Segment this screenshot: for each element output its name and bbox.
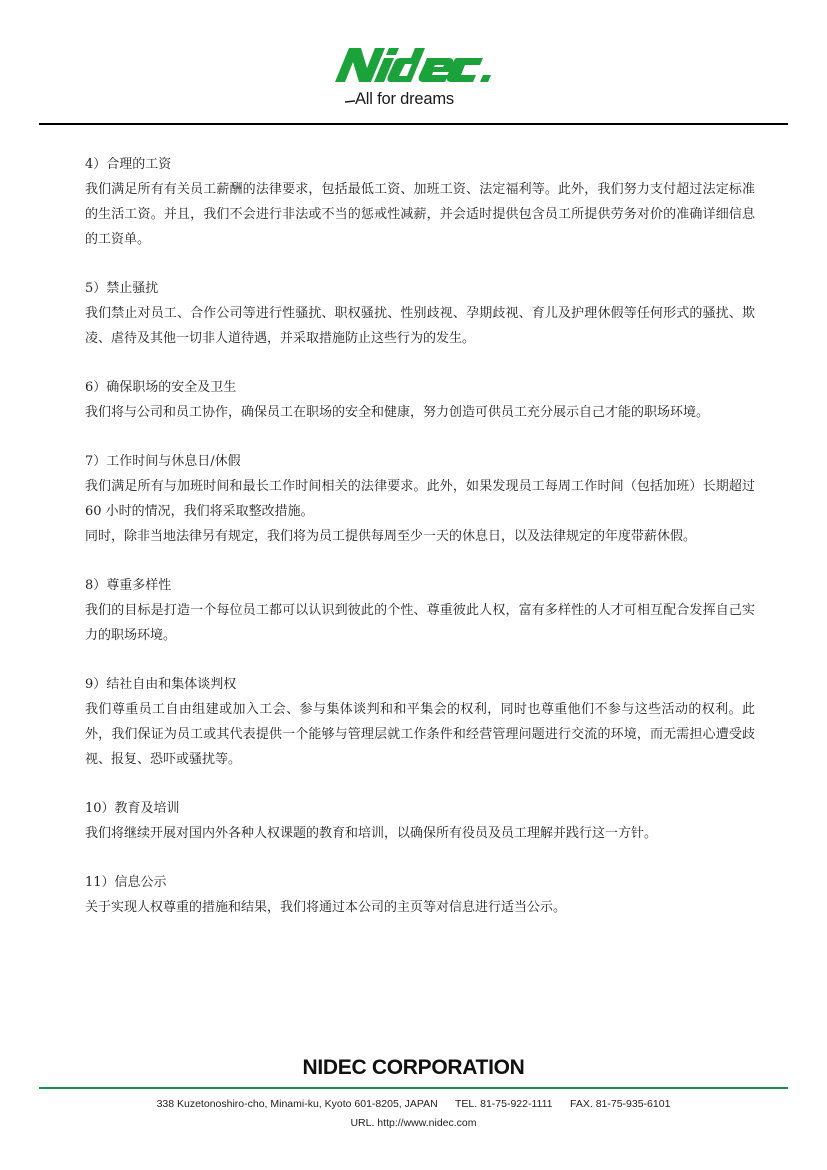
footer-address: 338 Kuzetonoshiro-cho, Minami-ku, Kyoto … — [157, 1098, 438, 1110]
section-title: 4）合理的工资 — [85, 152, 755, 177]
document-body: 4）合理的工资 我们满足所有有关员工薪酬的法律要求，包括最低工资、加班工资、法定… — [85, 152, 755, 944]
nidec-logo: All for dreams — [333, 44, 493, 114]
section-harassment: 5）禁止骚扰 我们禁止对员工、合作公司等进行性骚扰、职权骚扰、性别歧视、孕期歧视… — [85, 276, 755, 351]
section-title: 5）禁止骚扰 — [85, 276, 755, 301]
tagline: All for dreams — [345, 90, 454, 109]
section-title: 9）结社自由和集体谈判权 — [85, 672, 755, 697]
document-page: All for dreams 4）合理的工资 我们满足所有有关员工薪酬的法律要求… — [0, 0, 827, 1170]
section-diversity: 8）尊重多样性 我们的目标是打造一个每位员工都可以认识到彼此的个性、尊重彼此人权… — [85, 573, 755, 648]
footer-divider — [39, 1087, 788, 1089]
footer-fax: FAX. 81-75-935-6101 — [570, 1098, 670, 1110]
section-paragraph: 我们禁止对员工、合作公司等进行性骚扰、职权骚扰、性别歧视、孕期歧视、育儿及护理休… — [85, 301, 755, 351]
footer-tel: TEL. 81-75-922-1111 — [455, 1098, 552, 1110]
section-disclosure: 11）信息公示 关于实现人权尊重的措施和结果，我们将通过本公司的主页等对信息进行… — [85, 870, 755, 920]
section-title: 11）信息公示 — [85, 870, 755, 895]
section-fair-wages: 4）合理的工资 我们满足所有有关员工薪酬的法律要求，包括最低工资、加班工资、法定… — [85, 152, 755, 252]
tagline-text: All for dreams — [355, 90, 454, 108]
section-safety: 6）确保职场的安全及卫生 我们将与公司和员工协作，确保员工在职场的安全和健康，努… — [85, 375, 755, 425]
section-title: 10）教育及培训 — [85, 796, 755, 821]
section-paragraph: 关于实现人权尊重的措施和结果，我们将通过本公司的主页等对信息进行适当公示。 — [85, 895, 755, 920]
footer-company-name: NIDEC CORPORATION — [0, 1056, 827, 1080]
section-paragraph: 同时，除非当地法律另有规定，我们将为员工提供每周至少一天的休息日，以及法律规定的… — [85, 524, 755, 549]
header-divider — [39, 123, 788, 125]
section-working-hours: 7）工作时间与休息日/休假 我们满足所有与加班时间和最长工作时间相关的法律要求。… — [85, 449, 755, 549]
dash-arrow-icon — [345, 92, 355, 106]
section-paragraph: 我们将与公司和员工协作，确保员工在职场的安全和健康，努力创造可供员工充分展示自己… — [85, 400, 755, 425]
section-title: 7）工作时间与休息日/休假 — [85, 449, 755, 474]
section-training: 10）教育及培训 我们将继续开展对国内外各种人权课题的教育和培训，以确保所有役员… — [85, 796, 755, 846]
section-paragraph: 我们尊重员工自由组建或加入工会、参与集体谈判和和平集会的权利，同时也尊重他们不参… — [85, 697, 755, 772]
section-title: 8）尊重多样性 — [85, 573, 755, 598]
footer-url[interactable]: URL. http://www.nidec.com — [0, 1117, 827, 1129]
section-paragraph: 我们满足所有与加班时间和最长工作时间相关的法律要求。此外，如果发现员工每周工作时… — [85, 474, 755, 524]
section-association: 9）结社自由和集体谈判权 我们尊重员工自由组建或加入工会、参与集体谈判和和平集会… — [85, 672, 755, 772]
section-title: 6）确保职场的安全及卫生 — [85, 375, 755, 400]
nidec-wordmark-icon — [333, 44, 493, 86]
section-paragraph: 我们将继续开展对国内外各种人权课题的教育和培训，以确保所有役员及员工理解并践行这… — [85, 821, 755, 846]
section-paragraph: 我们的目标是打造一个每位员工都可以认识到彼此的个性、尊重彼此人权，富有多样性的人… — [85, 598, 755, 648]
footer-contact: 338 Kuzetonoshiro-cho, Minami-ku, Kyoto … — [0, 1098, 827, 1110]
section-paragraph: 我们满足所有有关员工薪酬的法律要求，包括最低工资、加班工资、法定福利等。此外，我… — [85, 177, 755, 252]
